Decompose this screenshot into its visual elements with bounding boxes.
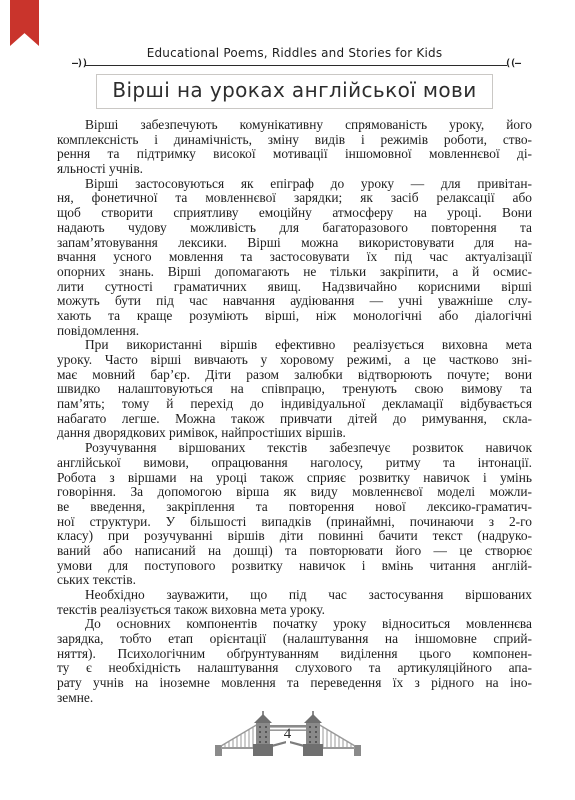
text-line: яльності учнів. xyxy=(57,162,532,177)
text-line: уроку. Часто вірші вивчають у хоровому р… xyxy=(57,353,532,368)
page-footer: 4 xyxy=(0,711,575,763)
paragraph: Розучування віршованих текстів забезпечу… xyxy=(57,441,532,588)
text-line: земне. xyxy=(57,691,532,706)
page-content: Educational Poems, Riddles and Stories f… xyxy=(57,0,532,706)
line-end-right-icon: ((– xyxy=(505,59,520,69)
text-line: ве введення, закріплення та повторення н… xyxy=(57,500,532,515)
text-line: ських текстів. xyxy=(57,573,532,588)
paragraph: Необхідно зауважити, що під час застосув… xyxy=(57,588,532,617)
page-number: 4 xyxy=(284,726,292,743)
text-line: Вірші застосовуються як епіграф до уроку… xyxy=(57,177,532,192)
text-line: рення та підтримку високої мотивації інш… xyxy=(57,147,532,162)
text-line: ня, фонетичної та мовленнєвої зарядки; я… xyxy=(57,191,532,206)
text-line: ваний або написаний на дошці) та повторю… xyxy=(57,544,532,559)
text-line: Робота з віршами на уроці також сприяє р… xyxy=(57,471,532,486)
paragraph: Вірші забезпечують комунікативну спрямов… xyxy=(57,118,532,177)
text-line: комплексність і динамічність, зміну виді… xyxy=(57,133,532,148)
line-end-left-icon: –)) xyxy=(72,59,87,69)
chapter-title-box: Вірші на уроках англійської мови xyxy=(96,74,492,109)
text-line: умови для поступового розвитку навичок і… xyxy=(57,559,532,574)
text-line: текстів реалізується також виховна мета … xyxy=(57,603,532,618)
text-line: рату учнів на іноземне мовлення та перев… xyxy=(57,676,532,691)
text-line: опорних знань. Вірші допомагають не тіль… xyxy=(57,265,532,280)
text-line: Розучування віршованих текстів забезпечу… xyxy=(57,441,532,456)
text-line: щоб створити сприятливу емоційну атмосфе… xyxy=(57,206,532,221)
text-line: вчання усного мовлення та застосовувати … xyxy=(57,250,532,265)
text-line: можуть бути під час навчання аудіювання … xyxy=(57,294,532,309)
text-line: дання дворядкових римівок, найпростіших … xyxy=(57,426,532,441)
text-line: ту є необхідність налаштування слухового… xyxy=(57,661,532,676)
text-line: говоріння. За допомогою вірша як виду мо… xyxy=(57,485,532,500)
text-line: До основних компонентів початку уроку ві… xyxy=(57,617,532,632)
text-line: лити сутності граматичних явищ. Надзвича… xyxy=(57,280,532,295)
bookmark-ribbon-icon xyxy=(10,0,39,46)
text-line: няття). Психологічним обґрунтуванням вид… xyxy=(57,647,532,662)
text-line: зарядка, тобто етап орієнтації (налаштув… xyxy=(57,632,532,647)
book-page: Educational Poems, Riddles and Stories f… xyxy=(0,0,575,800)
paragraph: До основних компонентів початку уроку ві… xyxy=(57,617,532,705)
text-line: пам’ять; тому й перехід до індивідуально… xyxy=(57,397,532,412)
body-text: Вірші забезпечують комунікативну спрямов… xyxy=(57,118,532,706)
text-line: Необхідно зауважити, що під час застосув… xyxy=(57,588,532,603)
text-line: Вірші забезпечують комунікативну спрямов… xyxy=(57,118,532,133)
text-line: англійської вимови, опрацювання наголосу… xyxy=(57,456,532,471)
text-line: ної структури. У більшості випадків (при… xyxy=(57,515,532,530)
text-line: має мовний бар’єр. Діти разом залюбки ві… xyxy=(57,368,532,383)
text-line: швидко налаштовуються на співпрацю, трен… xyxy=(57,382,532,397)
page-title: Вірші на уроках англійської мови xyxy=(112,78,476,102)
text-line: повідомлення. xyxy=(57,324,532,339)
paragraph: Вірші застосовуються як епіграф до уроку… xyxy=(57,177,532,339)
text-line: набагато легше. Можна також привчати діт… xyxy=(57,412,532,427)
text-line: При використанні віршів ефективно реаліз… xyxy=(57,338,532,353)
paragraph: При використанні віршів ефективно реаліз… xyxy=(57,338,532,441)
text-line: хають та краще розуміють вірші, ніж моно… xyxy=(57,309,532,324)
text-line: запам’ятовування лексики. Вірші можна ви… xyxy=(57,236,532,251)
running-header: Educational Poems, Riddles and Stories f… xyxy=(57,0,532,60)
text-line: надають чудову можливість для багаторазо… xyxy=(57,221,532,236)
header-rule: –)) ((– xyxy=(85,65,507,66)
text-line: класу) при розучуванні віршів діти повин… xyxy=(57,529,532,544)
